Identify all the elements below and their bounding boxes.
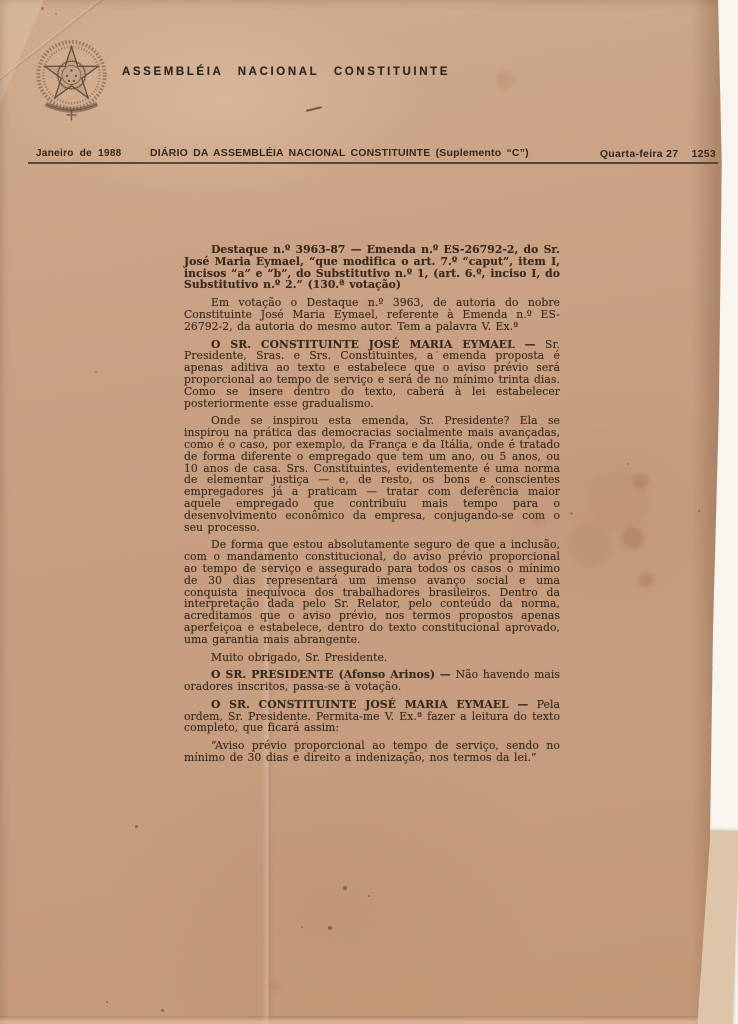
paper-stain [639, 573, 654, 588]
heading-text: Destaque n.º 3963-87 — Emenda n.º ES-267… [184, 243, 560, 291]
paragraph-text: De forma que estou absolutamente seguro … [184, 538, 560, 645]
paragraph-text: Onde se inspirou esta emenda, Sr. Presid… [184, 414, 560, 533]
paper-speck [55, 13, 57, 15]
paragraph-speech: O SR. PRESIDENTE (Afonso Arinos) — Não h… [184, 669, 560, 693]
paper-stain [588, 470, 648, 530]
paragraph-text: Muito obrigado, Sr. Presidente. [211, 651, 387, 664]
paragraph-speech: O SR. CONSTITUINTE JOSÉ MARIA EYMAEL — P… [184, 699, 560, 734]
paragraph: De forma que estou absolutamente seguro … [184, 539, 560, 645]
paragraph: Em votação o Destaque n.º 3963, de autor… [184, 297, 560, 332]
masthead-title: ASSEMBLÉIA NACIONAL CONSTITUINTE [122, 66, 450, 78]
paper-speck [343, 886, 347, 890]
left-edge-shadow [0, 0, 10, 1024]
running-header: Janeiro de 1988 DIÁRIO DA ASSEMBLÉIA NAC… [0, 147, 738, 163]
paper-stain [633, 473, 649, 489]
paper-speck [368, 895, 371, 898]
paper-stain [496, 71, 514, 89]
paper-stain [622, 527, 644, 549]
scan-backdrop: ASSEMBLÉIA NACIONAL CONSTITUINTE Janeiro… [0, 0, 738, 1024]
paper-speck [627, 463, 630, 466]
paper-speck [328, 926, 332, 930]
paragraph-text: Em votação o Destaque n.º 3963, de autor… [184, 296, 560, 333]
paragraph-destaque-heading: Destaque n.º 3963-87 — Emenda n.º ES-267… [184, 244, 560, 291]
paper-stain [568, 523, 612, 567]
paragraph: Onde se inspirou esta emenda, Sr. Presid… [184, 415, 560, 533]
header-date: Janeiro de 1988 [36, 148, 122, 159]
paper-speck [570, 512, 573, 515]
paragraph-quote: “Aviso prévio proporcional ao tempo de s… [184, 740, 560, 764]
paragraph: Muito obrigado, Sr. Presidente. [184, 652, 560, 664]
paper-speck [106, 1001, 108, 1003]
paper-speck [95, 371, 97, 373]
pen-mark [306, 106, 322, 112]
paragraph-speech: O SR. CONSTITUINTE JOSÉ MARIA EYMAEL — S… [184, 339, 560, 410]
header-journal-title: DIÁRIO DA ASSEMBLÉIA NACIONAL CONSTITUIN… [150, 147, 529, 159]
header-weekday: Quarta-feira 27 [600, 148, 679, 160]
paper-speck [301, 926, 303, 928]
header-rule [28, 162, 718, 164]
document-page: ASSEMBLÉIA NACIONAL CONSTITUINTE Janeiro… [0, 0, 738, 1024]
paper-speck [161, 1009, 164, 1012]
text-column: Destaque n.º 3963-87 — Emenda n.º ES-267… [184, 244, 560, 770]
national-coat-of-arms-icon [35, 38, 108, 122]
paper-speck [135, 825, 138, 828]
quote-text: “Aviso prévio proporcional ao tempo de s… [184, 739, 560, 764]
